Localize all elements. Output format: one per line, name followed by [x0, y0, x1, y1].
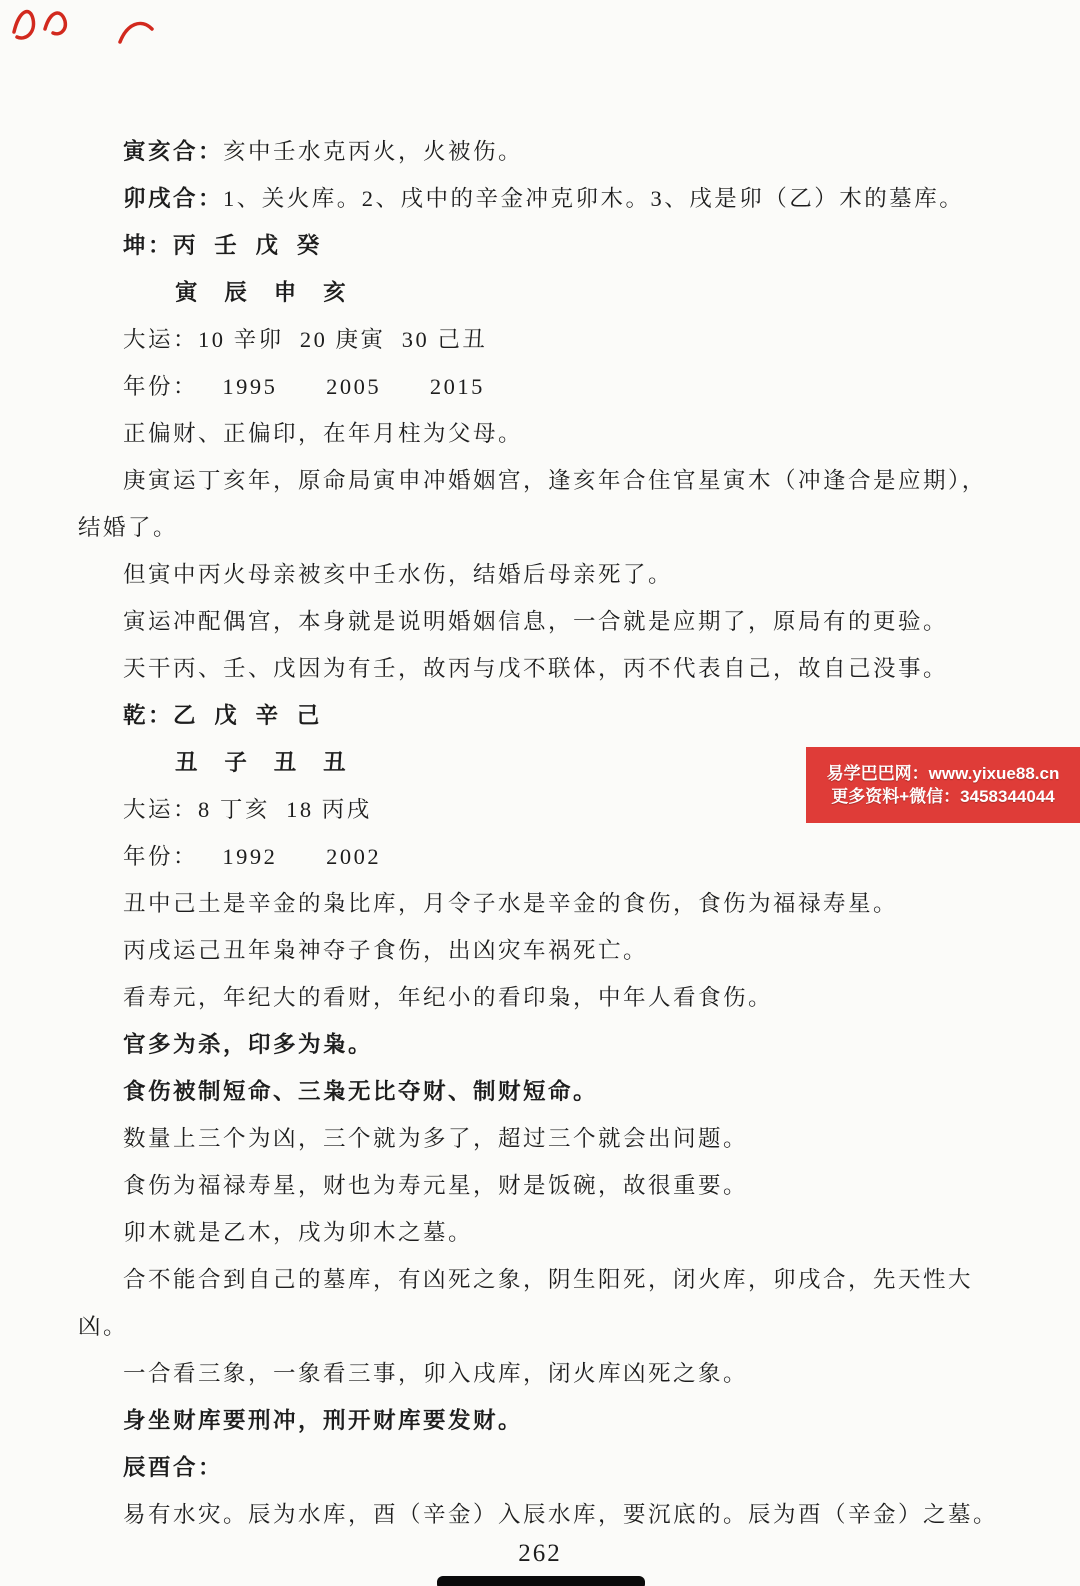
- line-bold-prefix: 寅 辰 申 亥: [175, 280, 348, 305]
- line-text: 一合看三象，一象看三事，卯入戌库，闭火库凶死之象。: [123, 1361, 748, 1386]
- line-bold-prefix: 坤：丙 壬 戊 癸: [123, 233, 322, 258]
- line-text: 年份： 1992 2002: [123, 844, 381, 869]
- line-text: 丑中己土是辛金的枭比库，月令子水是辛金的食伤，食伤为福禄寿星。: [123, 891, 898, 916]
- line-text: 合不能合到自己的墓库，有凶死之象，阴生阳死，闭火库，卯戌合，先天性大: [123, 1267, 973, 1292]
- line-text: 大运：10 辛卯 20 庚寅 30 己丑: [123, 327, 487, 352]
- text-line: 寅运冲配偶宫，本身就是说明婚姻信息，一合就是应期了，原局有的更验。: [72, 598, 1067, 645]
- text-line: 寅亥合：亥中壬水克丙火，火被伤。: [72, 128, 1067, 175]
- line-bold-prefix: 卯戌合：: [123, 186, 223, 211]
- line-text: 结婚了。: [78, 515, 178, 540]
- line-text: 亥中壬水克丙火，火被伤。: [223, 139, 523, 164]
- text-line: 卯戌合：1、关火库。2、戌中的辛金冲克卯木。3、戌是卯（乙）木的墓库。: [72, 175, 1067, 222]
- text-line: 坤：丙 壬 戊 癸: [72, 222, 1067, 269]
- line-bold-prefix: 身坐财库要刑冲，刑开财库要发财。: [123, 1408, 523, 1433]
- text-line: 寅 辰 申 亥: [72, 269, 1067, 316]
- line-bold-prefix: 丑 子 丑 丑: [175, 750, 348, 775]
- text-line: 乾：乙 戊 辛 己: [72, 692, 1067, 739]
- line-text: 食伤为福禄寿星，财也为寿元星，财是饭碗，故很重要。: [123, 1173, 748, 1198]
- watermark-badge: 易学巴巴网：www.yixue88.cn 更多资料+微信：3458344044: [806, 747, 1080, 823]
- text-line: 易有水灾。辰为水库，酉（辛金）入辰水库，要沉底的。辰为酉（辛金）之墓。: [72, 1491, 1067, 1538]
- pen-strokes: [14, 12, 152, 42]
- line-bold-prefix: 乾：乙 戊 辛 己: [123, 703, 322, 728]
- line-text: 庚寅运丁亥年，原命局寅申冲婚姻宫，逢亥年合住官星寅木（冲逢合是应期），: [123, 468, 987, 493]
- text-line: 数量上三个为凶，三个就为多了，超过三个就会出问题。: [72, 1115, 1067, 1162]
- text-line: 天干丙、壬、戊因为有壬，故丙与戊不联体，丙不代表自己，故自己没事。: [72, 645, 1067, 692]
- red-pen-scribble: [4, 0, 164, 56]
- line-text: 天干丙、壬、戊因为有壬，故丙与戊不联体，丙不代表自己，故自己没事。: [123, 656, 948, 681]
- text-line: 一合看三象，一象看三事，卯入戌库，闭火库凶死之象。: [72, 1350, 1067, 1397]
- line-bold-prefix: 官多为杀，印多为枭。: [123, 1032, 373, 1057]
- text-line: 年份： 1992 2002: [72, 833, 1067, 880]
- text-line: 官多为杀，印多为枭。: [72, 1021, 1067, 1068]
- text-line: 合不能合到自己的墓库，有凶死之象，阴生阳死，闭火库，卯戌合，先天性大: [72, 1256, 1067, 1303]
- line-bold-prefix: 寅亥合：: [123, 139, 223, 164]
- page-number: 262: [0, 1540, 1080, 1568]
- text-line: 看寿元，年纪大的看财，年纪小的看印枭，中年人看食伤。: [72, 974, 1067, 1021]
- line-text: 卯木就是乙木，戌为卯木之墓。: [123, 1220, 473, 1245]
- line-text: 看寿元，年纪大的看财，年纪小的看印枭，中年人看食伤。: [123, 985, 773, 1010]
- line-text: 年份： 1995 2005 2015: [123, 374, 485, 399]
- line-text: 凶。: [78, 1314, 128, 1339]
- watermark-wechat-line: 更多资料+微信：3458344044: [831, 787, 1054, 807]
- text-line: 年份： 1995 2005 2015: [72, 363, 1067, 410]
- text-line: 辰酉合：: [72, 1444, 1067, 1491]
- text-line: 卯木就是乙木，戌为卯木之墓。: [72, 1209, 1067, 1256]
- line-text: 丙戌运己丑年枭神夺子食伤，出凶灾车祸死亡。: [123, 938, 648, 963]
- bottom-black-bar: [437, 1576, 645, 1586]
- line-bold-prefix: 食伤被制短命、三枭无比夺财、制财短命。: [123, 1079, 598, 1104]
- line-bold-prefix: 辰酉合：: [123, 1455, 223, 1480]
- text-line: 但寅中丙火母亲被亥中壬水伤，结婚后母亲死了。: [72, 551, 1067, 598]
- text-line: 丑中己土是辛金的枭比库，月令子水是辛金的食伤，食伤为福禄寿星。: [72, 880, 1067, 927]
- text-line: 结婚了。: [72, 504, 1067, 551]
- text-line: 身坐财库要刑冲，刑开财库要发财。: [72, 1397, 1067, 1444]
- text-line: 食伤为福禄寿星，财也为寿元星，财是饭碗，故很重要。: [72, 1162, 1067, 1209]
- line-text: 但寅中丙火母亲被亥中壬水伤，结婚后母亲死了。: [123, 562, 673, 587]
- text-line: 大运：10 辛卯 20 庚寅 30 己丑: [72, 316, 1067, 363]
- line-text: 正偏财、正偏印，在年月柱为父母。: [123, 421, 523, 446]
- text-line: 食伤被制短命、三枭无比夺财、制财短命。: [72, 1068, 1067, 1115]
- text-line: 凶。: [72, 1303, 1067, 1350]
- line-text: 数量上三个为凶，三个就为多了，超过三个就会出问题。: [123, 1126, 748, 1151]
- line-text: 大运：8 丁亥 18 丙戌: [123, 797, 372, 822]
- text-line: 庚寅运丁亥年，原命局寅申冲婚姻宫，逢亥年合住官星寅木（冲逢合是应期），: [72, 457, 1067, 504]
- line-text: 易有水灾。辰为水库，酉（辛金）入辰水库，要沉底的。辰为酉（辛金）之墓。: [123, 1502, 998, 1527]
- line-text: 1、关火库。2、戌中的辛金冲克卯木。3、戌是卯（乙）木的墓库。: [223, 186, 964, 211]
- text-line: 正偏财、正偏印，在年月柱为父母。: [72, 410, 1067, 457]
- watermark-site-line: 易学巴巴网：www.yixue88.cn: [827, 764, 1060, 784]
- page-text: 寅亥合：亥中壬水克丙火，火被伤。卯戌合：1、关火库。2、戌中的辛金冲克卯木。3、…: [72, 128, 1067, 1538]
- line-text: 寅运冲配偶宫，本身就是说明婚姻信息，一合就是应期了，原局有的更验。: [123, 609, 948, 634]
- text-line: 丙戌运己丑年枭神夺子食伤，出凶灾车祸死亡。: [72, 927, 1067, 974]
